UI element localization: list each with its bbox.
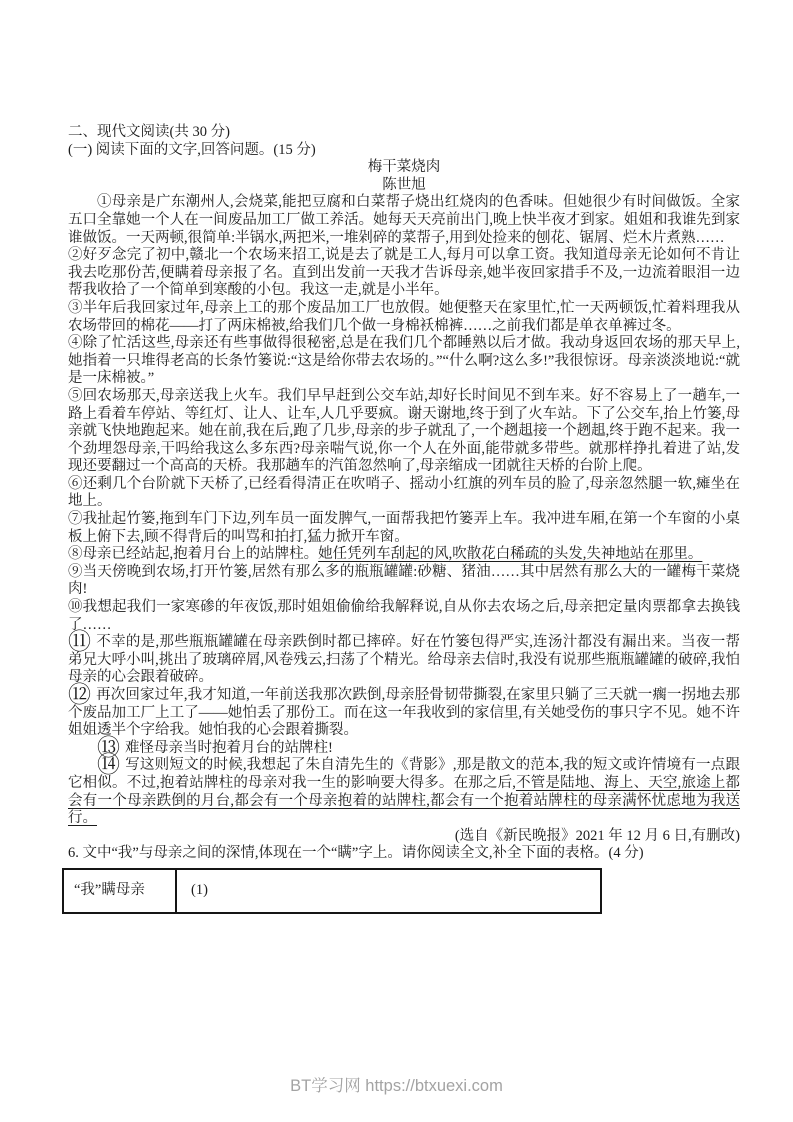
article-paragraph: ⑫再次回家过年,我才知道,一年前送我那次跌倒,母亲胫骨韧带撕裂,在家里只躺了三天…	[68, 687, 740, 740]
paragraph-text: ⑩我想起我们一家寒碜的年夜饭,那时姐姐偷偷给我解释说,自从你去农场之后,母亲把定…	[68, 599, 740, 633]
watermark: BT学习网 https://btxuexi.com	[0, 1072, 793, 1096]
article-paragraph: ⑧母亲已经站起,抱着月台上的站牌柱。她任凭列车刮起的风,吹散花白稀疏的头发,失神…	[68, 546, 740, 564]
question-6: 6. 文中“我”与母亲之间的深情,体现在一个“瞒”字上。请你阅读全文,补全下面的…	[68, 845, 740, 863]
article-title: 梅干菜烧肉	[68, 159, 740, 177]
article-body: ①母亲是广东潮州人,会烧菜,能把豆腐和白菜帮子烧出红烧肉的色香味。但她很少有时间…	[68, 194, 740, 827]
underlined-text: 她任凭列车刮起的风,吹散花白稀疏的头发,失神地站在那里。	[318, 546, 702, 562]
paragraph-text: 再次回家过年,我才知道,一年前送我那次跌倒,母亲胫骨韧带撕裂,在家里只躺了三天就…	[68, 687, 740, 738]
table-row: “我”瞒母亲 (1)	[63, 869, 601, 913]
section-header: 二、现代文阅读(共 30 分)	[68, 124, 740, 142]
table-cell-label: “我”瞒母亲	[63, 869, 176, 913]
paragraph-text: ⑥还剩几个台阶就下天桥了,已经看得清正在吹哨子、摇动小红旗的列车员的脸了,母亲忽…	[68, 476, 740, 510]
exam-page-content: 二、现代文阅读(共 30 分) (一) 阅读下面的文字,回答问题。(15 分) …	[68, 124, 740, 914]
article-paragraph: ⑭写这则短文的时候,我想起了朱自清先生的《背影》,那是散文的范本,我的短文或许情…	[68, 757, 740, 827]
article-author: 陈世旭	[68, 177, 740, 195]
table-cell-value: (1)	[176, 869, 601, 913]
paragraph-text: 难怪母亲当时抱着月台的站牌柱!	[125, 740, 333, 756]
paragraph-text: ⑦我扯起竹篓,拖到车门下边,列车员一面发脾气,一面帮我把竹篓弄上车。我冲进车厢,…	[68, 511, 740, 545]
paragraph-text: ②好歹念完了初中,赣北一个农场来招工,说是去了就是工人,每月可以拿工资。我知道母…	[68, 247, 740, 298]
paragraph-text: ⑤回农场那天,母亲送我上火车。我们早早赶到公交车站,却好长时间见不到车来。好不容…	[68, 388, 740, 474]
article-paragraph: ⑦我扯起竹篓,拖到车门下边,列车员一面发脾气,一面帮我把竹篓弄上车。我冲进车厢,…	[68, 511, 740, 546]
article-paragraph: ②好歹念完了初中,赣北一个农场来招工,说是去了就是工人,每月可以拿工资。我知道母…	[68, 247, 740, 300]
article-paragraph: ④除了忙活这些,母亲还有些事做得很秘密,总是在我们几个都睡熟以后才做。我动身返回…	[68, 335, 740, 388]
article-paragraph: ③半年后我回家过年,母亲上工的那个废品加工厂也放假。她便整天在家里忙,忙一天两顿…	[68, 300, 740, 335]
paragraph-text: ⑧母亲已经站起,抱着月台上的站牌柱。	[68, 546, 318, 562]
article-paragraph: ①母亲是广东潮州人,会烧菜,能把豆腐和白菜帮子烧出红烧肉的色香味。但她很少有时间…	[68, 194, 740, 247]
subsection-header: (一) 阅读下面的文字,回答问题。(15 分)	[68, 142, 740, 160]
article-paragraph: ⑩我想起我们一家寒碜的年夜饭,那时姐姐偷偷给我解释说,自从你去农场之后,母亲把定…	[68, 599, 740, 634]
paragraph-text: ③半年后我回家过年,母亲上工的那个废品加工厂也放假。她便整天在家里忙,忙一天两顿…	[68, 300, 740, 334]
source-line: (选自《新民晚报》2021 年 12 月 6 日,有删改)	[68, 828, 740, 846]
answer-table: “我”瞒母亲 (1)	[62, 868, 602, 914]
paragraph-text: ④除了忙活这些,母亲还有些事做得很秘密,总是在我们几个都睡熟以后才做。我动身返回…	[68, 335, 740, 386]
paragraph-text: ①母亲是广东潮州人,会烧菜,能把豆腐和白菜帮子烧出红烧肉的色香味。但她很少有时间…	[68, 194, 740, 245]
paragraph-text: 不幸的是,那些瓶瓶罐罐在母亲跌倒时都已摔碎。好在竹篓包得严实,连汤汁都没有漏出来…	[68, 634, 740, 685]
article-paragraph: ⑪不幸的是,那些瓶瓶罐罐在母亲跌倒时都已摔碎。好在竹篓包得严实,连汤汁都没有漏出…	[68, 634, 740, 687]
article-paragraph: ⑨当天傍晚到农场,打开竹篓,居然有那么多的瓶瓶罐罐:砂糖、猪油……其中居然有那么…	[68, 564, 740, 599]
article-paragraph: ⑥还剩几个台阶就下天桥了,已经看得清正在吹哨子、摇动小红旗的列车员的脸了,母亲忽…	[68, 476, 740, 511]
paragraph-text: ⑨当天傍晚到农场,打开竹篓,居然有那么多的瓶瓶罐罐:砂糖、猪油……其中居然有那么…	[68, 564, 740, 598]
article-paragraph: ⑬难怪母亲当时抱着月台的站牌柱!	[68, 740, 740, 758]
article-paragraph: ⑤回农场那天,母亲送我上火车。我们早早赶到公交车站,却好长时间见不到车来。好不容…	[68, 388, 740, 476]
